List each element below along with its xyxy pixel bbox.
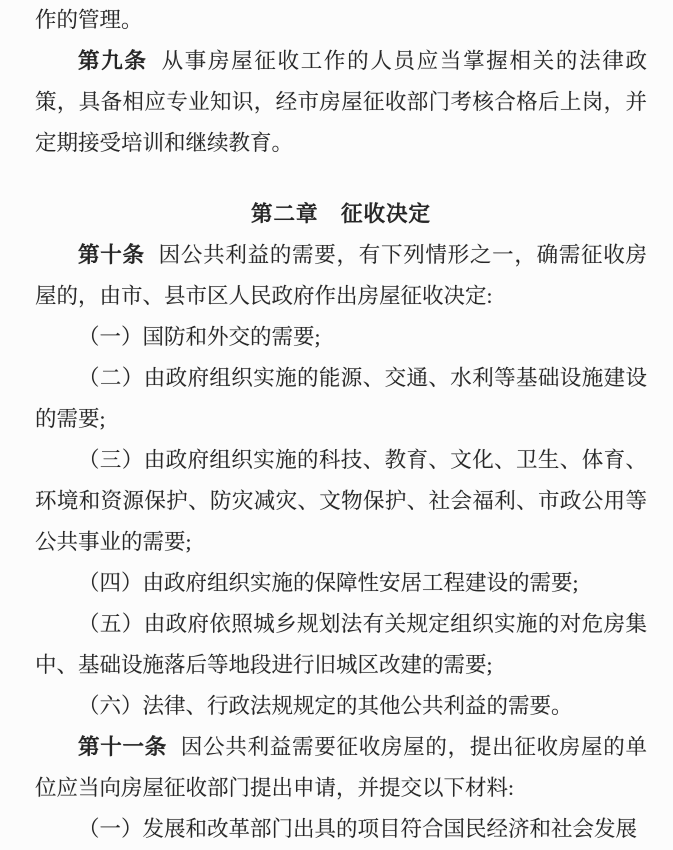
- article-10-item-5: （五）由政府依照城乡规划法有关规定组织实施的对危房集中、基础设施落后等地段进行旧…: [35, 604, 647, 686]
- article-9: 第九条从事房屋征收工作的人员应当掌握相关的法律政策，具备相应专业知识，经市房屋征…: [35, 41, 647, 164]
- article-10-item-2: （二）由政府组织实施的能源、交通、水利等基础设施建设的需要;: [35, 358, 647, 440]
- article-11-term: 第十一条: [78, 735, 167, 759]
- article-10-item-1: （一）国防和外交的需要;: [35, 317, 647, 358]
- article-10-term: 第十条: [78, 243, 145, 267]
- chapter-2-heading: 第二章 征收决定: [35, 194, 647, 235]
- article-9-term: 第九条: [78, 49, 148, 73]
- article-10-item-3: （三）由政府组织实施的科技、教育、文化、卫生、体育、环境和资源保护、防灾减灾、文…: [35, 440, 647, 563]
- article-10-item-6: （六）法律、行政法规规定的其他公共利益的需要。: [35, 686, 647, 727]
- continuation-text: 作的管理。: [35, 0, 647, 41]
- article-11: 第十一条因公共利益需要征收房屋的，提出征收房屋的单位应当向房屋征收部门提出申请，…: [35, 727, 647, 809]
- article-10: 第十条因公共利益的需要，有下列情形之一，确需征收房屋的，由市、县市区人民政府作出…: [35, 235, 647, 317]
- document-page: 作的管理。 第九条从事房屋征收工作的人员应当掌握相关的法律政策，具备相应专业知识…: [0, 0, 673, 850]
- article-10-item-4: （四）由政府组织实施的保障性安居工程建设的需要;: [35, 563, 647, 604]
- article-11-item-1: （一）发展和改革部门出具的项目符合国民经济和社会发展: [35, 809, 647, 850]
